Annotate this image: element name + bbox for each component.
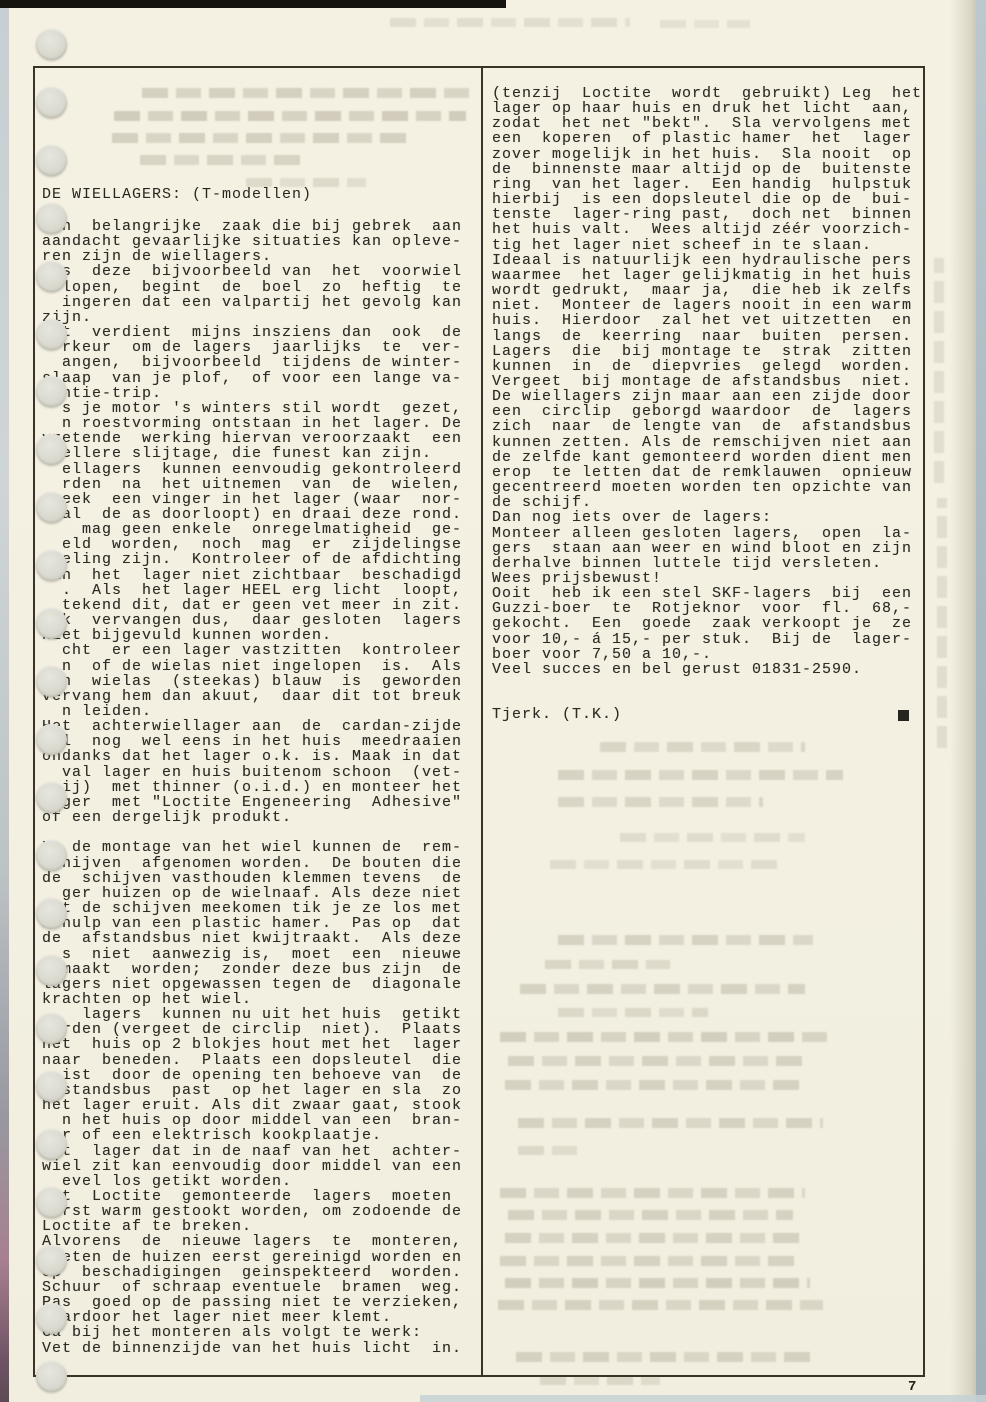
left-column-text: n belangrijke zaak die bij gebrek aan aa… bbox=[42, 219, 462, 1356]
scanned-newsletter-page: DE WIELLAGERS: (T-modellen) n belangrijk… bbox=[0, 0, 986, 1402]
punch-hole bbox=[36, 550, 67, 581]
punch-hole bbox=[36, 782, 67, 813]
page-number: 7 bbox=[908, 1379, 917, 1395]
punch-hole bbox=[36, 608, 67, 639]
punch-hole bbox=[36, 319, 67, 350]
article-title: DE WIELLAGERS: (T-modellen) bbox=[42, 186, 312, 203]
punch-hole bbox=[36, 203, 67, 234]
scanner-edge-right bbox=[976, 0, 986, 1402]
punch-hole bbox=[36, 145, 67, 176]
punch-hole bbox=[36, 1245, 67, 1276]
punch-hole bbox=[36, 1303, 67, 1334]
scanner-edge-top bbox=[0, 0, 506, 8]
scanner-edge-bottom bbox=[420, 1395, 986, 1402]
page-edge-shading bbox=[950, 0, 976, 1402]
bleed-through-mark-vertical bbox=[937, 498, 947, 748]
punch-hole bbox=[36, 724, 67, 755]
punch-hole bbox=[36, 1361, 67, 1392]
punch-hole bbox=[36, 261, 67, 292]
punch-hole bbox=[36, 29, 67, 60]
end-of-article-marker bbox=[898, 710, 909, 721]
punch-hole bbox=[36, 1129, 67, 1160]
bleed-through-mark bbox=[390, 18, 630, 27]
bleed-through-mark bbox=[660, 20, 750, 28]
scanner-edge-left bbox=[0, 0, 9, 1402]
punch-hole bbox=[36, 666, 67, 697]
punch-hole bbox=[36, 898, 67, 929]
column-divider-line bbox=[481, 66, 483, 1377]
paper-sheet: DE WIELLAGERS: (T-modellen) n belangrijk… bbox=[9, 0, 976, 1402]
punch-hole bbox=[36, 840, 67, 871]
bleed-through-mark-vertical bbox=[934, 258, 944, 483]
punch-hole bbox=[36, 1187, 67, 1218]
punch-hole bbox=[36, 492, 67, 523]
bleed-through-mark bbox=[540, 1376, 660, 1385]
right-column-text: (tenzij Loctite wordt gebruikt) Leg het … bbox=[492, 86, 922, 723]
punch-hole bbox=[36, 1071, 67, 1102]
punch-hole bbox=[36, 87, 67, 118]
